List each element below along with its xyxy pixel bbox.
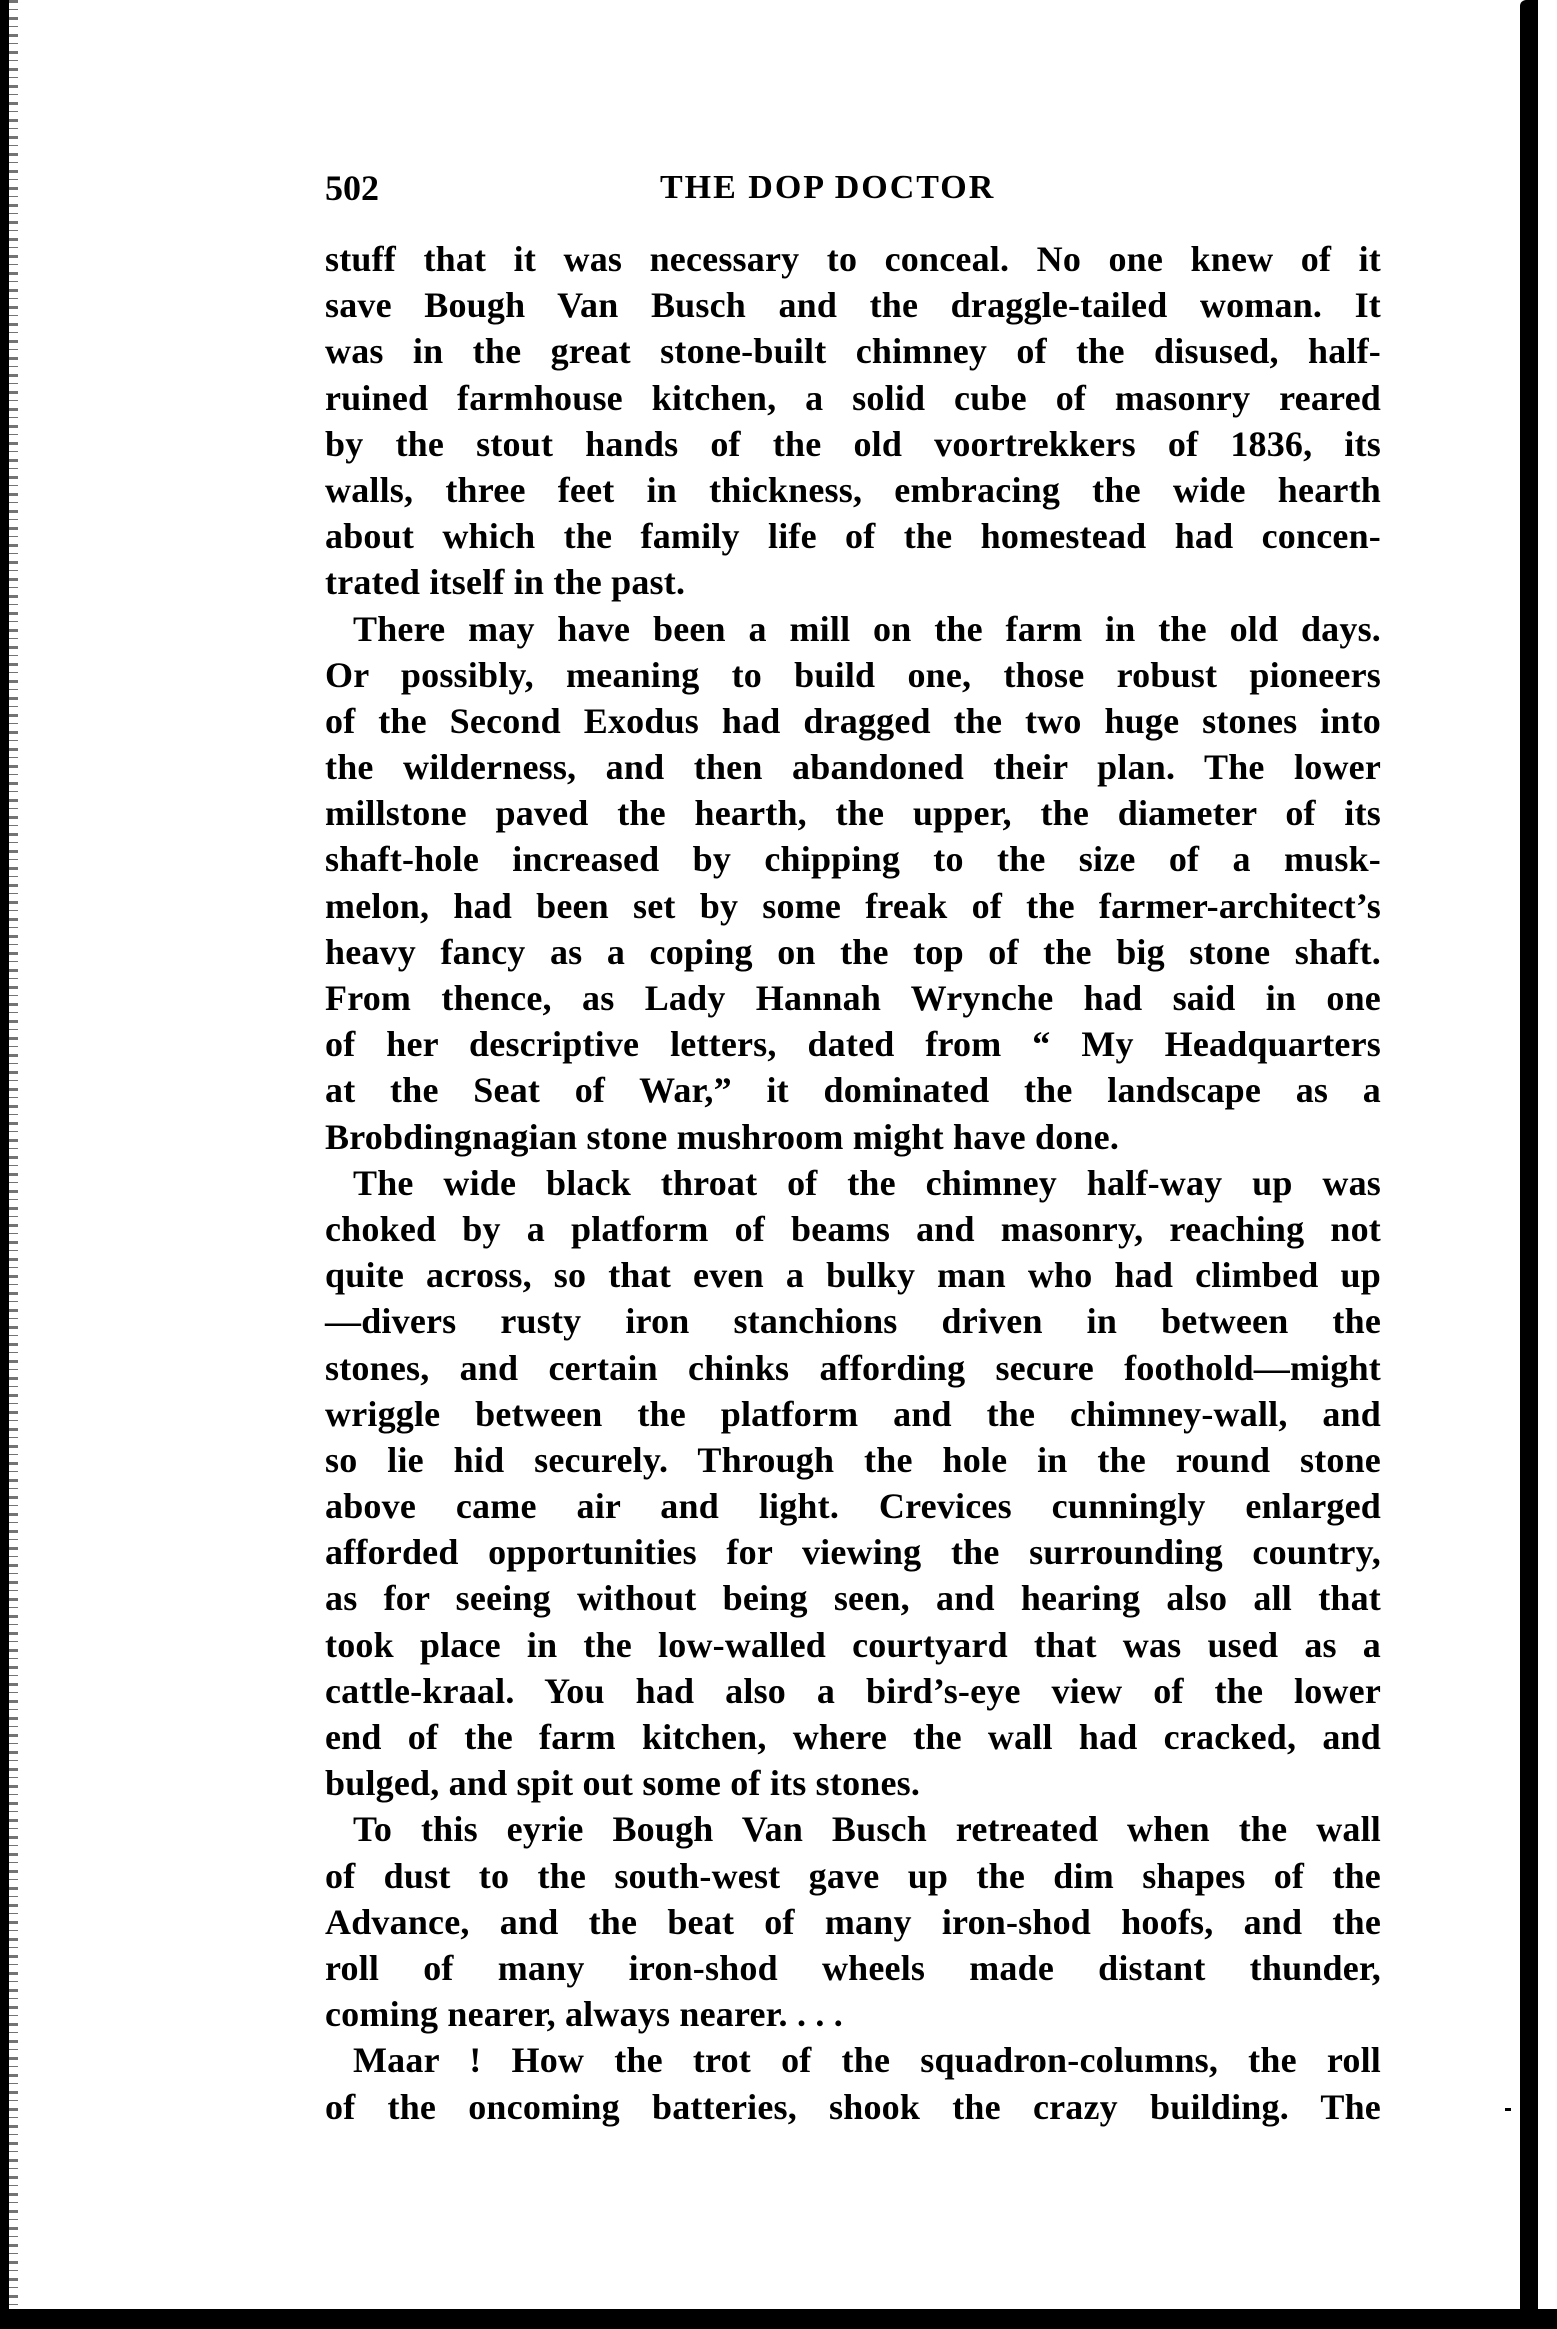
- text-line: millstone paved the hearth, the upper, t…: [325, 790, 1381, 836]
- text-line: above came air and light. Crevices cunni…: [325, 1483, 1381, 1529]
- text-line: as for seeing without being seen, and he…: [325, 1575, 1381, 1621]
- text-line: about which the family life of the homes…: [325, 513, 1381, 559]
- text-line: at the Seat of War,” it dominated the la…: [325, 1067, 1381, 1113]
- page-number: 502: [325, 168, 379, 208]
- text-line: heavy fancy as a coping on the top of th…: [325, 929, 1381, 975]
- text-line: walls, three feet in thickness, embracin…: [325, 467, 1381, 513]
- paragraph: There may have been a mill on the farm i…: [325, 606, 1381, 1160]
- text-line: save Bough Van Busch and the draggle-tai…: [325, 282, 1381, 328]
- text-line: afforded opportunities for viewing the s…: [325, 1529, 1381, 1575]
- scan-speck: [1505, 2108, 1511, 2111]
- text-line: of the oncoming batteries, shook the cra…: [325, 2084, 1381, 2130]
- book-page: 502 THE DOP DOCTOR stuff that it was nec…: [0, 0, 1557, 2329]
- running-head: 502 THE DOP DOCTOR: [325, 168, 1381, 208]
- text-line: the wilderness, and then abandoned their…: [325, 744, 1381, 790]
- text-line: Or possibly, meaning to build one, those…: [325, 652, 1381, 698]
- text-line: Maar ! How the trot of the squadron-colu…: [325, 2037, 1381, 2083]
- text-line: melon, had been set by some freak of the…: [325, 883, 1381, 929]
- text-line: shaft-hole increased by chipping to the …: [325, 836, 1381, 882]
- scan-border-right: [1520, 0, 1538, 2329]
- scan-border-bottom: [0, 2309, 1557, 2329]
- paragraph: The wide black throat of the chimney hal…: [325, 1160, 1381, 1807]
- text-line: Advance, and the beat of many iron-shod …: [325, 1899, 1381, 1945]
- text-line: coming nearer, always nearer. . . .: [325, 1991, 1381, 2037]
- scan-border-left-noise: [9, 0, 18, 2329]
- text-line: stuff that it was necessary to conceal. …: [325, 236, 1381, 282]
- text-line: From thence, as Lady Hannah Wrynche had …: [325, 975, 1381, 1021]
- text-line: wriggle between the platform and the chi…: [325, 1391, 1381, 1437]
- text-line: The wide black throat of the chimney hal…: [325, 1160, 1381, 1206]
- text-line: —divers rusty iron stanchions driven in …: [325, 1298, 1381, 1344]
- text-line: quite across, so that even a bulky man w…: [325, 1252, 1381, 1298]
- paragraph: Maar ! How the trot of the squadron-colu…: [325, 2037, 1381, 2129]
- text-line: To this eyrie Bough Van Busch retreated …: [325, 1806, 1381, 1852]
- text-line: was in the great stone-built chimney of …: [325, 328, 1381, 374]
- text-line: trated itself in the past.: [325, 559, 1381, 605]
- text-line: of dust to the south-west gave up the di…: [325, 1853, 1381, 1899]
- text-line: by the stout hands of the old voortrekke…: [325, 421, 1381, 467]
- text-line: bulged, and spit out some of its stones.: [325, 1760, 1381, 1806]
- text-line: choked by a platform of beams and masonr…: [325, 1206, 1381, 1252]
- text-line: end of the farm kitchen, where the wall …: [325, 1714, 1381, 1760]
- body-text: stuff that it was necessary to conceal. …: [325, 236, 1381, 2130]
- scan-border-left: [0, 0, 9, 2329]
- text-line: of her descriptive letters, dated from “…: [325, 1021, 1381, 1067]
- scan-margin-right: [1538, 0, 1557, 2329]
- text-line: so lie hid securely. Through the hole in…: [325, 1437, 1381, 1483]
- text-line: ruined farmhouse kitchen, a solid cube o…: [325, 375, 1381, 421]
- text-line: took place in the low-walled courtyard t…: [325, 1622, 1381, 1668]
- text-line: There may have been a mill on the farm i…: [325, 606, 1381, 652]
- text-line: stones, and certain chinks affording sec…: [325, 1345, 1381, 1391]
- text-line: Brobdingnagian stone mushroom might have…: [325, 1114, 1381, 1160]
- text-line: of the Second Exodus had dragged the two…: [325, 698, 1381, 744]
- paragraph: To this eyrie Bough Van Busch retreated …: [325, 1806, 1381, 2037]
- paragraph: stuff that it was necessary to conceal. …: [325, 236, 1381, 606]
- text-line: cattle-kraal. You had also a bird’s-eye …: [325, 1668, 1381, 1714]
- text-line: roll of many iron-shod wheels made dista…: [325, 1945, 1381, 1991]
- book-title: THE DOP DOCTOR: [660, 168, 995, 208]
